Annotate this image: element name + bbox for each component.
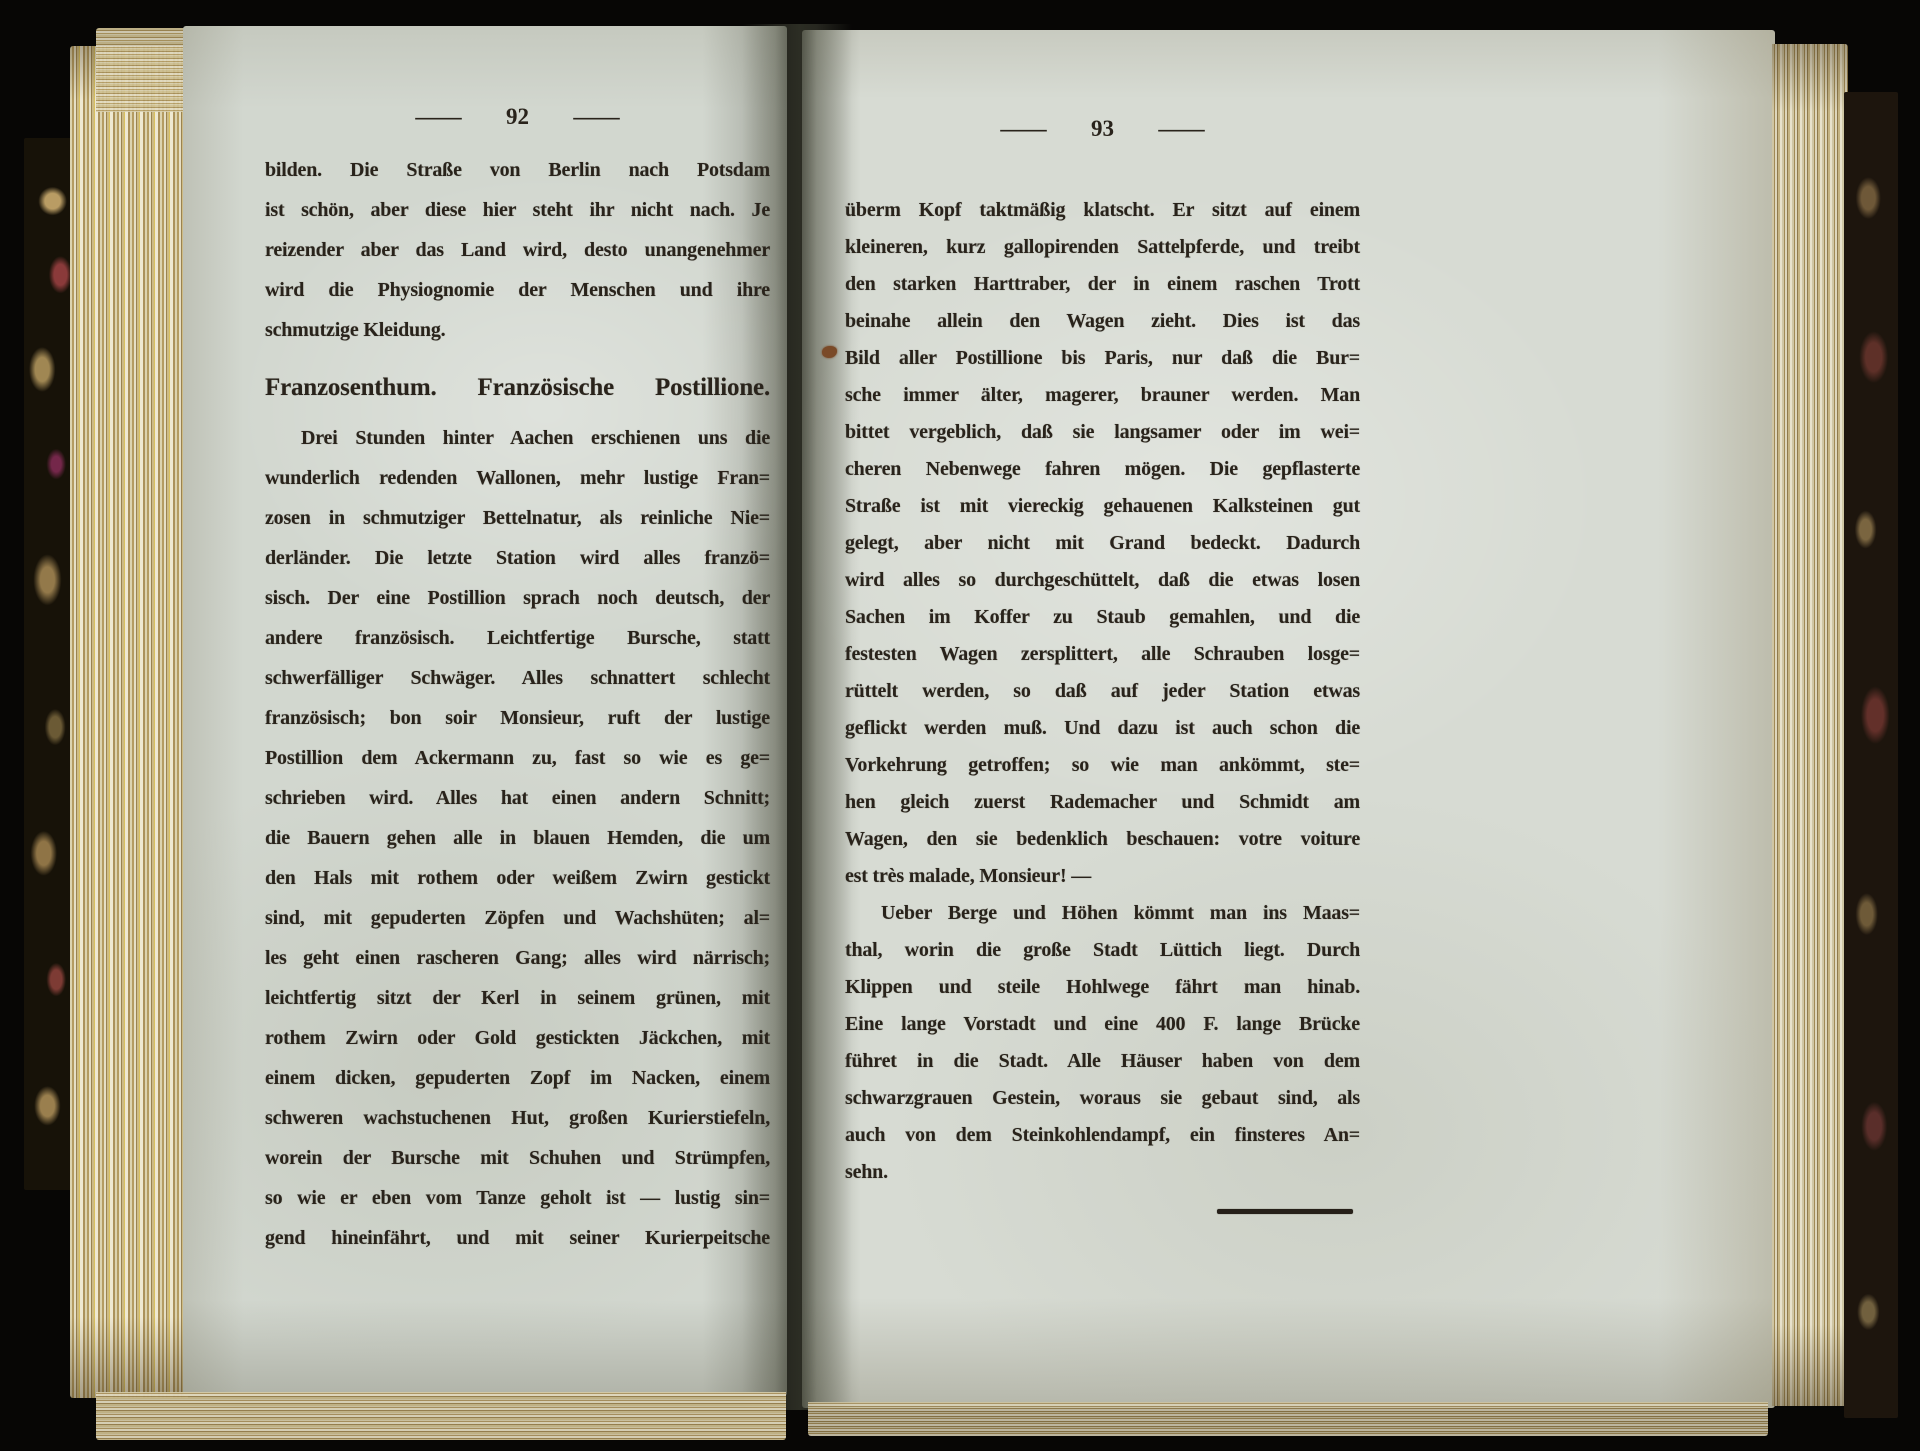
text-line: einem dicken, gepuderten Zopf im Nacken,…	[265, 1058, 770, 1098]
photo-background: { "left_page": { "number": "92", "dash":…	[0, 0, 1920, 1451]
continuation-paragraph: bilden. Die Straße von Berlin nach Potsd…	[265, 150, 770, 350]
em-dash: —	[574, 104, 620, 130]
text-line: est très malade, Monsieur! —	[845, 858, 1360, 895]
text-line: Straße ist mit viereckig gehauenen Kalks…	[845, 488, 1360, 525]
left-fore-edge-pages	[70, 46, 188, 1398]
text-line: hen gleich zuerst Rademacher und Schmidt…	[845, 784, 1360, 821]
text-line: rothem Zwirn oder Gold gestickten Jäckch…	[265, 1018, 770, 1058]
bottom-page-edges-left	[96, 1392, 786, 1440]
paragraph-1: überm Kopf taktmäßig klatscht. Er sitzt …	[845, 192, 1360, 895]
text-line: sehn.	[845, 1154, 1360, 1191]
text-line: Wagen, den sie bedenklich beschauen: vot…	[845, 821, 1360, 858]
text-line: gelegt, aber nicht mit Grand bedeckt. Da…	[845, 525, 1360, 562]
text-line: schweren wachstuchenen Hut, großen Kurie…	[265, 1098, 770, 1138]
text-line: den starken Harttraber, der in einem ras…	[845, 266, 1360, 303]
em-dash: —	[1159, 116, 1205, 142]
text-line: Bild aller Postillione bis Paris, nur da…	[845, 340, 1360, 377]
text-line: Postillion dem Ackermann zu, fast so wie…	[265, 738, 770, 778]
page-number: 93	[1091, 116, 1114, 142]
text-line: Drei Stunden hinter Aachen erschienen un…	[265, 418, 770, 458]
text-line: worein der Bursche mit Schuhen und Strüm…	[265, 1138, 770, 1178]
text-line: Eine lange Vorstadt und eine 400 F. lang…	[845, 1006, 1360, 1043]
page-number-header-right: — 93 —	[845, 116, 1360, 142]
text-line: wunderlich redenden Wallonen, mehr lusti…	[265, 458, 770, 498]
text-line: ist schön, aber diese hier steht ihr nic…	[265, 190, 770, 230]
text-line: Ueber Berge und Höhen kömmt man ins Maas…	[845, 895, 1360, 932]
main-paragraph: Drei Stunden hinter Aachen erschienen un…	[265, 418, 770, 1258]
right-fore-edge-pages	[1772, 44, 1848, 1406]
text-line: sche immer älter, magerer, brauner werde…	[845, 377, 1360, 414]
text-line: den Hals mit rothem oder weißem Zwirn ge…	[265, 858, 770, 898]
text-line: sind, mit gepuderten Zöpfen und Wachshüt…	[265, 898, 770, 938]
text-line: schwarzgrauen Gestein, woraus sie gebaut…	[845, 1080, 1360, 1117]
chapter-heading: Franzosenthum. Französische Postillione.	[265, 366, 770, 410]
text-line: cheren Nebenwege fahren mögen. Die gepfl…	[845, 451, 1360, 488]
text-line: derländer. Die letzte Station wird alles…	[265, 538, 770, 578]
text-line: bittet vergeblich, daß sie langsamer ode…	[845, 414, 1360, 451]
text-line: kleineren, kurz gallopirenden Sattelpfer…	[845, 229, 1360, 266]
text-line: so wie er eben vom Tanze geholt ist — lu…	[265, 1178, 770, 1218]
right-page-text-column: überm Kopf taktmäßig klatscht. Er sitzt …	[845, 192, 1360, 1214]
text-line: schwerfälliger Schwäger. Alles schnatter…	[265, 658, 770, 698]
text-line: bilden. Die Straße von Berlin nach Potsd…	[265, 150, 770, 190]
text-line: Klippen und steile Hohlwege fährt man hi…	[845, 969, 1360, 1006]
text-line: beinahe allein den Wagen zieht. Dies ist…	[845, 303, 1360, 340]
text-line: sisch. Der eine Postillion sprach noch d…	[265, 578, 770, 618]
text-line: die Bauern gehen alle in blauen Hemden, …	[265, 818, 770, 858]
text-line: Sachen im Koffer zu Staub gemahlen, und …	[845, 599, 1360, 636]
text-line: thal, worin die große Stadt Lüttich lieg…	[845, 932, 1360, 969]
text-line: wird die Physiognomie der Menschen und i…	[265, 270, 770, 310]
right-cover-board-marbled	[1844, 92, 1898, 1418]
text-line: überm Kopf taktmäßig klatscht. Er sitzt …	[845, 192, 1360, 229]
text-line: les geht einen rascheren Gang; alles wir…	[265, 938, 770, 978]
em-dash: —	[416, 104, 462, 130]
page-number: 92	[506, 104, 529, 130]
text-line: zosen in schmutziger Bettelnatur, als re…	[265, 498, 770, 538]
page-number-header-left: — 92 —	[265, 104, 770, 130]
text-line: Vorkehrung getroffen; so wie man ankömmt…	[845, 747, 1360, 784]
text-line: leichtfertig sitzt der Kerl in seinem gr…	[265, 978, 770, 1018]
paragraph-2: Ueber Berge und Höhen kömmt man ins Maas…	[845, 895, 1360, 1191]
text-line: schrieben wird. Alles hat einen andern S…	[265, 778, 770, 818]
text-line: wird alles so durchgeschüttelt, daß die …	[845, 562, 1360, 599]
section-divider-rule	[1217, 1209, 1353, 1214]
text-line: führet in die Stadt. Alle Häuser haben v…	[845, 1043, 1360, 1080]
text-line: französisch; bon soir Monsieur, ruft der…	[265, 698, 770, 738]
text-line: reizender aber das Land wird, desto unan…	[265, 230, 770, 270]
text-line: auch von dem Steinkohlendampf, ein finst…	[845, 1117, 1360, 1154]
text-line: geflickt werden muß. Und dazu ist auch s…	[845, 710, 1360, 747]
text-line: andere französisch. Leichtfertige Bursch…	[265, 618, 770, 658]
text-line: schmutzige Kleidung.	[265, 310, 770, 350]
left-cover-board-marbled	[24, 138, 76, 1190]
left-page-text-column: bilden. Die Straße von Berlin nach Potsd…	[265, 150, 770, 1258]
text-line: festesten Wagen zersplittert, alle Schra…	[845, 636, 1360, 673]
bottom-page-edges-right	[808, 1402, 1768, 1436]
text-line: rüttelt werden, so daß auf jeder Station…	[845, 673, 1360, 710]
em-dash: —	[1001, 116, 1047, 142]
text-line: gend hineinfährt, und mit seiner Kurierp…	[265, 1218, 770, 1258]
